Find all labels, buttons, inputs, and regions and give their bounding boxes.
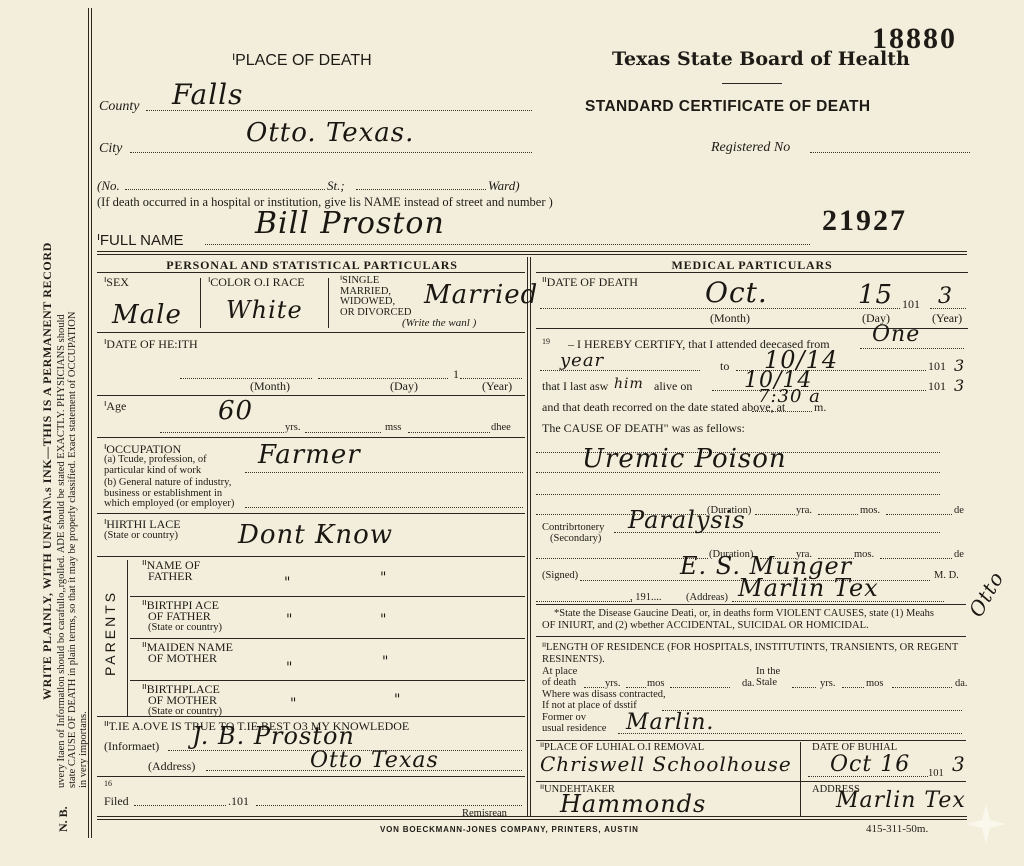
sex-race-divider: [200, 278, 201, 328]
filed-date-field[interactable]: [134, 805, 226, 806]
dob-month-field[interactable]: [180, 378, 312, 379]
last-saw-pronoun: him: [614, 376, 644, 392]
header-divider: [97, 251, 967, 255]
father-birthplace-label-line: OF FATHER: [142, 611, 222, 622]
title-rule: [722, 83, 782, 84]
sidebar-instructions-1: uvery Itaen of Informatlon should bo car…: [56, 314, 67, 788]
res-place-da[interactable]: [670, 687, 730, 688]
parents-row-rule: [130, 638, 525, 639]
cause-label: The CAUSE OF DEATH" was as fellows:: [542, 422, 745, 434]
filed-label: Filed: [104, 795, 129, 807]
md-label: M. D.: [934, 570, 959, 581]
in-state-label-line: Stale: [756, 678, 780, 689]
dob-month-label: (Month): [250, 380, 290, 392]
full-name-label: ᑊFULL NAME: [97, 231, 184, 249]
address-value: Marlin Tex: [738, 574, 879, 602]
signed-label: (Signed): [542, 570, 578, 581]
row-rule: [97, 556, 525, 557]
birthplace-label: ᑊHIRTHI LACE: [104, 518, 181, 530]
burial-date-value: Oct 16: [830, 752, 910, 777]
cause-footnote: *State the Disease Gaucine Deati, or, in…: [542, 608, 934, 632]
father-name-label-line: FATHER: [142, 571, 200, 582]
father-birthplace-label-line: (State or country): [142, 622, 222, 633]
dob-year-label: (Year): [482, 380, 512, 392]
dob-day-field[interactable]: [318, 378, 448, 379]
res-state-mos-label: mos: [866, 678, 884, 689]
dod-year-prefix: 101: [902, 298, 920, 310]
death-time-label: and that death recorred on the date stat…: [542, 401, 785, 413]
mother-maiden-value-1: ": [286, 660, 293, 676]
alive-on-year: 3: [954, 376, 965, 395]
city-value: Otto. Texas.: [246, 118, 414, 148]
dod-field[interactable]: [540, 308, 900, 309]
contracted-label: Where was disass contracted, If not at p…: [542, 690, 666, 711]
sidebar-write-plainly: WRITE PLAINLY, WITH UNFAIN\.s INK—THIS I…: [40, 242, 55, 700]
attended-to-label: to: [720, 360, 729, 372]
row-rule: [97, 437, 525, 438]
county-value: Falls: [172, 78, 244, 111]
birthplace-hint: (State or country): [104, 530, 178, 541]
age-mos-label: mss: [385, 422, 401, 433]
sex-value: Male: [112, 300, 182, 330]
occupation-b-label: (b) General nature of industry, business…: [104, 478, 234, 510]
certify-number: 19: [542, 336, 550, 347]
res-state-yrs[interactable]: [792, 687, 816, 688]
city-field[interactable]: [130, 152, 532, 153]
dod-year-field[interactable]: [930, 308, 966, 309]
burial-place-value: Chriswell Schoolhouse: [540, 752, 792, 776]
father-birthplace-label: ᑊᑊBIRTHPI ACE OF FATHER (State or countr…: [142, 600, 222, 633]
outer-left-border: [88, 8, 92, 838]
res-place-mos[interactable]: [626, 687, 646, 688]
filed-number: 16: [104, 778, 112, 789]
stamp-number-file: 21927: [822, 204, 907, 238]
full-name-value: Bill Proston: [255, 206, 445, 241]
medical-title-rule: [536, 272, 968, 273]
res-state-da-label: da.: [955, 678, 968, 689]
street-no-label: (No.: [97, 178, 120, 194]
county-label: County: [99, 99, 139, 115]
res-place-yrs-label: yrs.: [605, 678, 620, 689]
row-rule: [97, 513, 525, 514]
row-rule: [97, 332, 525, 333]
undertaker-address-value: Marlin Tex: [836, 788, 966, 813]
marital-value: Married: [424, 280, 538, 310]
filed-year-prefix: .101: [228, 795, 249, 807]
row-rule: [536, 740, 966, 741]
attended-from-field[interactable]: [860, 348, 964, 349]
cause-value: Uremic Poison: [582, 444, 787, 474]
res-state-yrs-label: yrs.: [820, 678, 835, 689]
marital-label-line: WIDOWED,: [340, 297, 411, 308]
former-residence-label-line: usual residence: [542, 724, 606, 735]
dod-year-value: 3: [938, 284, 953, 309]
dod-month-value: Oct.: [705, 276, 768, 309]
address-label: (Addreas): [686, 592, 728, 603]
informant-label: (Informaet): [104, 740, 159, 752]
sidebar-note-nb: N. B.: [56, 806, 71, 832]
city-label: City: [99, 141, 122, 157]
dod-year-label: (Year): [932, 312, 962, 324]
former-residence-label-line: Former ov: [542, 713, 606, 724]
occupation-value: Farmer: [258, 440, 361, 470]
duration-mos-label-2: mos.: [854, 549, 874, 560]
row-rule: [536, 604, 966, 605]
column-divider: [527, 257, 531, 817]
registered-no-field[interactable]: [810, 152, 970, 153]
father-birthplace-value-2: ": [380, 612, 387, 628]
birthplace-value: Dont Know: [238, 520, 393, 550]
mother-birthplace-label-line: OF MOTHER: [142, 695, 222, 706]
res-place-yrs[interactable]: [584, 687, 604, 688]
registered-no-label: Registered No: [711, 140, 790, 156]
res-state-da[interactable]: [892, 687, 952, 688]
ward-label: Ward): [488, 178, 520, 194]
age-days-label: dhee: [491, 422, 511, 433]
at-place-label: At place of death: [542, 667, 577, 688]
row-rule: [97, 776, 525, 777]
row-rule: [97, 395, 525, 396]
signed-year-prefix: , 191....: [630, 592, 662, 603]
place-of-death-title: ᑊPLACE OF DEATH: [232, 50, 372, 70]
age-yrs-label: yrs.: [285, 422, 300, 433]
former-residence-value: Marlin.: [626, 710, 714, 735]
attended-from-value: One: [872, 322, 920, 347]
dod-label: ᑊᑊDATE OF DEATH: [542, 276, 638, 288]
ward-field[interactable]: [356, 189, 486, 190]
occupation-a-line: particular kind of work: [104, 466, 207, 477]
informant-value: J. B. Proston: [192, 722, 355, 750]
personal-title-rule: [97, 272, 525, 273]
address-margin-note: Otto: [964, 567, 1009, 621]
row-rule: [536, 781, 966, 782]
res-place-da-label: da.: [742, 678, 755, 689]
contributory-value: Paralysis: [628, 506, 746, 534]
attended-to-year: 3: [954, 356, 965, 375]
duration-mos-1[interactable]: [818, 514, 858, 515]
dob-year-prefix: 1: [453, 368, 459, 380]
mother-maiden-value-2: ": [382, 654, 389, 670]
marital-label: ᑊSINGLE MARRIED, WIDOWED, OR DIVORCED: [340, 276, 411, 318]
marital-hint: (Write the wanl ): [402, 317, 476, 329]
mother-birthplace-value-1: ": [290, 696, 297, 712]
attended-from-line2-value: year: [560, 350, 604, 371]
footnote-line: OF INIURT, and (2) wbether ACCIDENTAL, S…: [542, 620, 934, 632]
undertaker-value: Hammonds: [560, 790, 706, 818]
informant-address-value: Otto Texas: [310, 748, 439, 773]
registrar-field[interactable]: [256, 805, 522, 806]
sidebar-instructions-2: state CAUSE OF DEATH in plain terms, so …: [67, 312, 78, 788]
father-name-value-1: ": [284, 575, 291, 591]
marital-label-line: ᑊSINGLE: [340, 276, 411, 287]
dod-month-label: (Month): [710, 312, 750, 324]
street-label: St.;: [327, 178, 345, 194]
sparkle-icon: [966, 804, 1006, 844]
former-residence-label: Former ov usual residence: [542, 713, 606, 734]
sex-label: ᑊSEX: [104, 276, 129, 288]
parents-label: PARENTS: [102, 590, 118, 676]
street-no-field[interactable]: [125, 189, 325, 190]
contracted-label-line: Where was disass contracted,: [542, 690, 666, 701]
occupation-b-field[interactable]: [245, 507, 523, 508]
footer-divider: [97, 816, 967, 820]
certificate-title: STANDARD CERTIFICATE OF DEATH: [585, 98, 870, 116]
duration-days-label-2: de: [954, 549, 964, 560]
full-name-field[interactable]: [205, 244, 810, 245]
printer-credit: VON BOECKMANN-JONES COMPANY, PRINTERS, A…: [380, 825, 639, 834]
duration-yrs-1[interactable]: [755, 514, 795, 515]
mother-maiden-label-line: OF MOTHER: [142, 653, 233, 664]
mother-birthplace-label: ᑊᑊBIRTHPLACE OF MOTHER (State or country…: [142, 684, 222, 717]
row-rule: [536, 636, 966, 637]
race-value: White: [226, 296, 303, 324]
signed-date-field[interactable]: [536, 601, 632, 602]
cause-line-3[interactable]: [536, 494, 940, 495]
informant-address-label: (Address): [148, 760, 195, 772]
occupation-a-line: (a) Tcude, profession, of: [104, 455, 207, 466]
attended-to-year-prefix: 101: [928, 360, 946, 372]
age-years-field[interactable]: [160, 432, 284, 433]
death-certificate: N. B. WRITE PLAINLY, WITH UNFAIN\.s INK—…: [0, 0, 1024, 866]
duration-days-1[interactable]: [886, 514, 952, 515]
board-title: Texas State Board of Health: [612, 48, 910, 70]
res-state-mos[interactable]: [842, 687, 864, 688]
age-value: 60: [218, 396, 253, 426]
parents-row-rule: [130, 680, 525, 681]
parents-row-rule: [130, 596, 525, 597]
father-birthplace-value-1: ": [286, 612, 293, 628]
alive-on-year-prefix: 101: [928, 380, 946, 392]
duration-days-2[interactable]: [880, 558, 952, 559]
age-days-field[interactable]: [408, 432, 490, 433]
form-code: 415-311-50m.: [866, 823, 928, 835]
burial-divider: [800, 742, 801, 816]
death-time-suffix: m.: [814, 401, 826, 413]
dob-day-label: (Day): [390, 380, 418, 392]
row-rule: [97, 716, 525, 717]
in-state-label-line: In the: [756, 667, 780, 678]
duration-mos-label-1: mos.: [860, 505, 880, 516]
race-label: ᑊCOLOR O.I RACE: [208, 276, 305, 288]
duration-yrs-label-1: yra.: [796, 505, 812, 516]
age-label: ᑊAge: [104, 400, 126, 412]
father-name-label: ᑊᑊNAME OF FATHER: [142, 560, 200, 582]
death-time-field[interactable]: [752, 411, 812, 412]
occupation-b-line: which employed (or employer): [104, 499, 234, 510]
mother-maiden-label: ᑊᑊMAIDEN NAME OF MOTHER: [142, 642, 233, 664]
occupation-a-field[interactable]: [245, 472, 523, 473]
dod-day-value: 15: [858, 280, 893, 310]
medical-section-title: MEDICAL PARTICULARS: [536, 258, 968, 273]
death-time-value: 7:30 a: [758, 386, 821, 407]
in-state-label: In the Stale: [756, 667, 780, 688]
contributory-label: Contribrtonery: [542, 522, 604, 533]
race-marital-divider: [328, 278, 329, 328]
contributory-sub: (Secondary): [550, 533, 601, 544]
occupation-b-line: (b) General nature of industry,: [104, 478, 234, 489]
dob-label: ᑊDATE OF HE:ITH: [104, 338, 198, 350]
mother-birthplace-value-2: ": [394, 692, 401, 708]
parents-divider: [127, 560, 128, 716]
alive-on-label: alive on: [654, 380, 692, 392]
age-months-field[interactable]: [305, 432, 381, 433]
footnote-line: *State the Disease Gaucine Deati, or, in…: [542, 608, 934, 620]
occupation-a-label: (a) Tcude, profession, of particular kin…: [104, 455, 207, 476]
burial-year-value: 3: [952, 752, 966, 776]
residence-label: ᑊᑊLENGTH OF RESIDENCE (FOR HOSPITALS, IN…: [542, 642, 962, 666]
personal-section-title: PERSONAL AND STATISTICAL PARTICULARS: [97, 258, 527, 273]
father-name-value-2: ": [380, 570, 387, 586]
res-place-mos-label: mos: [647, 678, 665, 689]
marital-label-line: OR DIVORCED: [340, 308, 411, 319]
burial-year-prefix: 101: [928, 768, 944, 779]
at-place-label-line: of death: [542, 678, 577, 689]
duration-days-label-1: de: [954, 505, 964, 516]
at-place-label-line: At place: [542, 667, 577, 678]
last-saw-label: that I last asw: [542, 380, 608, 392]
